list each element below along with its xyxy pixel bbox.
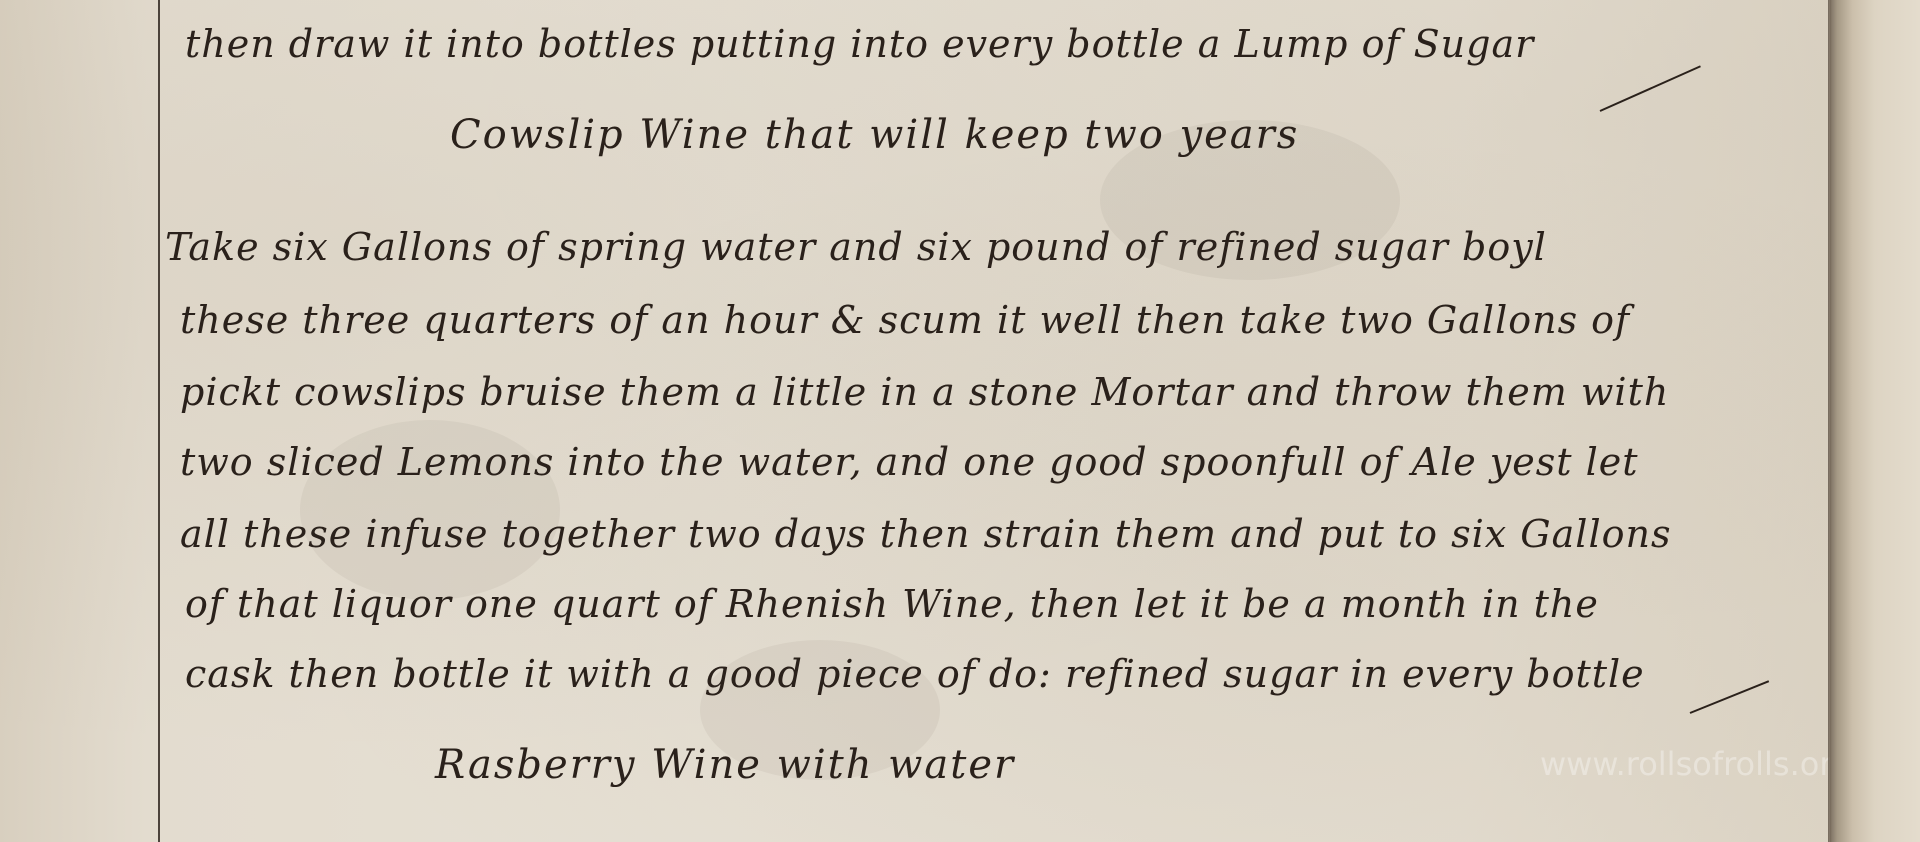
recipe-line-5: all these infuse together two days then …	[180, 512, 1671, 556]
recipe-line-7: cask then bottle it with a good piece of…	[185, 652, 1645, 696]
recipe-line-3: pickt cowslips bruise them a little in a…	[180, 370, 1669, 414]
line-end-flourish	[1600, 65, 1701, 112]
recipe-line-6: of that liquor one quart of Rhenish Wine…	[185, 582, 1599, 626]
page-edge	[1828, 0, 1832, 842]
top-fragment-line: then draw it into bottles putting into e…	[185, 22, 1534, 66]
line-end-flourish	[1690, 680, 1770, 714]
margin-rule	[158, 0, 160, 842]
recipe-line-1: Take six Gallons of spring water and six…	[165, 225, 1547, 269]
recipe-title-cowslip-wine: Cowslip Wine that will keep two years	[450, 112, 1299, 158]
recipe-line-4: two sliced Lemons into the water, and on…	[180, 440, 1639, 484]
recipe-title-rasberry-wine: Rasberry Wine with water	[435, 742, 1015, 788]
recipe-line-2: these three quarters of an hour & scum i…	[180, 298, 1630, 342]
book-gutter	[1830, 0, 1920, 842]
manuscript-page: then draw it into bottles putting into e…	[0, 0, 1830, 842]
watermark: www.rollsofrolls.org	[1540, 745, 1852, 783]
